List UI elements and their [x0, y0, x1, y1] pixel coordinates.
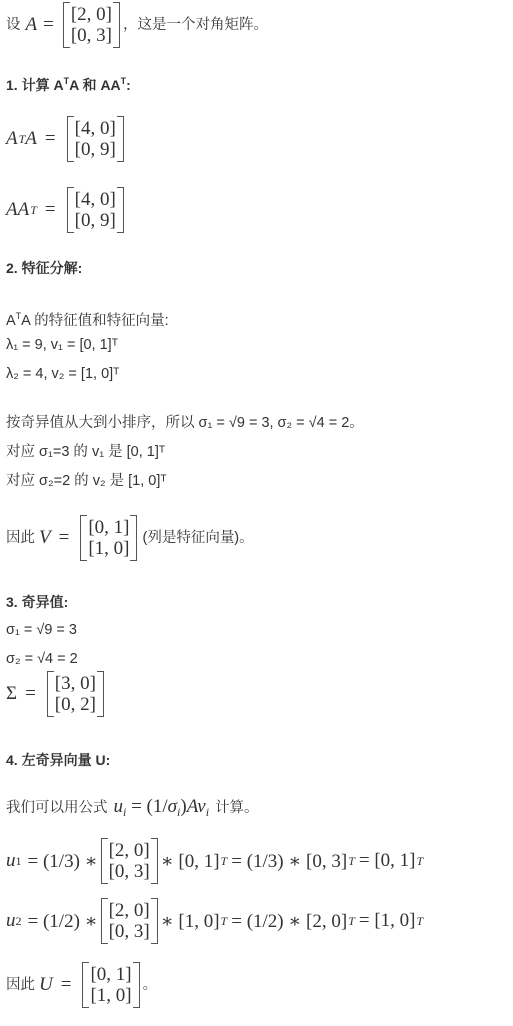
section1-heading: 1. 计算 ATA 和 AAT:: [6, 75, 131, 95]
matrix-a-label: A: [26, 14, 38, 36]
matrix-u: [0, 1] [1, 0]: [82, 962, 139, 1008]
eigen-line-1: λ₁ = 9, v₁ = [0, 1]ᵀ: [6, 336, 118, 354]
v-var: V: [39, 527, 51, 549]
intro-line: 设 A = [2, 0] [0, 3] ，这是一个对角矩阵。: [6, 2, 268, 48]
matrix-row: [0, 3]: [71, 25, 112, 46]
u2-rhs3: = [1, 0]: [359, 910, 416, 932]
intro-prefix: 设: [6, 16, 21, 34]
u2-lhs: u: [6, 910, 16, 932]
u1-lhs: u: [6, 850, 16, 872]
u2-rhs2: = (1/2) ∗ [2, 0]: [231, 910, 347, 933]
sigma-matrix-equation: Σ = [3, 0] [0, 2]: [6, 671, 107, 717]
u2-sup: T: [417, 914, 424, 929]
u2-rhs: ∗ [1, 0]: [161, 910, 220, 933]
u1-rhs: ∗ [0, 1]: [161, 850, 220, 873]
matrix-aat: [4, 0] [0, 9]: [67, 187, 124, 233]
v-result: 因此 V = [0, 1] [1, 0] (列是特征向量)。: [6, 515, 254, 561]
eigen-intro: ATA 的特征值和特征向量:: [6, 307, 169, 330]
equals-sign: =: [25, 683, 36, 705]
u1-sup: T: [417, 854, 424, 869]
ata-equation: ATA = [4, 0] [0, 9]: [6, 116, 127, 162]
matrix-ata: [4, 0] [0, 9]: [67, 116, 124, 162]
matrix-row: [2, 0]: [109, 900, 150, 921]
u-prefix: 因此: [6, 976, 35, 994]
matrix-sigma: [3, 0] [0, 2]: [47, 671, 104, 717]
intro-suffix: ，这是一个对角矩阵。: [123, 16, 268, 34]
matrix-a: [2, 0] [0, 3]: [63, 2, 120, 48]
matrix-row: [0, 3]: [109, 921, 150, 942]
section2-heading: 2. 特征分解:: [6, 258, 82, 278]
equals-sign: =: [43, 14, 54, 36]
ata-lhs2: A: [25, 128, 37, 150]
matrix-row: [1, 0]: [90, 985, 131, 1006]
v-suffix: (列是特征向量)。: [142, 529, 253, 547]
u2-coef: = (1/2) ∗: [28, 910, 98, 933]
matrix-row: [0, 9]: [75, 139, 116, 160]
u1-sub: 1: [16, 854, 22, 869]
matrix-row: [1, 0]: [88, 538, 129, 559]
aat-sup: T: [30, 203, 37, 218]
u1-equation: u1 = (1/3) ∗ [2, 0] [0, 3] ∗ [0, 1]T = (…: [6, 838, 423, 884]
u-result: 因此 U = [0, 1] [1, 0] 。: [6, 962, 157, 1008]
u2-sub: 2: [16, 914, 22, 929]
matrix-row: [4, 0]: [75, 189, 116, 210]
v-prefix: 因此: [6, 529, 35, 547]
formula: ui = (1/σi)Avi: [114, 796, 210, 820]
section4-heading: 4. 左奇异向量 U:: [6, 750, 110, 770]
equals-sign: =: [45, 199, 56, 221]
u2-equation: u2 = (1/2) ∗ [2, 0] [0, 3] ∗ [1, 0]T = (…: [6, 898, 423, 944]
u1-rhs3: = [0, 1]: [359, 850, 416, 872]
sort-line-1: 按奇异值从大到小排序，所以 σ₁ = √9 = 3, σ₂ = √4 = 2。: [6, 414, 364, 432]
matrix-row: [2, 0]: [109, 840, 150, 861]
u1-rhs2: = (1/3) ∗ [0, 3]: [231, 850, 347, 873]
section3-heading: 3. 奇异值:: [6, 592, 68, 612]
matrix-u2-a: [2, 0] [0, 3]: [101, 898, 158, 944]
matrix-row: [0, 9]: [75, 210, 116, 231]
aat-lhs: AA: [6, 199, 29, 221]
equals-sign: =: [59, 527, 70, 549]
matrix-u1-a: [2, 0] [0, 3]: [101, 838, 158, 884]
equals-sign: =: [45, 128, 56, 150]
matrix-row: [0, 1]: [90, 964, 131, 985]
equals-sign: =: [61, 974, 72, 996]
eigen-line-2: λ₂ = 4, v₂ = [1, 0]ᵀ: [6, 365, 119, 383]
matrix-row: [2, 0]: [71, 4, 112, 25]
u-suffix: 。: [143, 976, 158, 994]
sigma-line-1: σ₁ = √9 = 3: [6, 621, 77, 639]
aat-equation: AAT = [4, 0] [0, 9]: [6, 187, 127, 233]
sigma-line-2: σ₂ = √4 = 2: [6, 650, 78, 668]
formula-suffix: 计算。: [215, 799, 259, 817]
matrix-row: [0, 1]: [88, 517, 129, 538]
ata-lhs: A: [6, 128, 18, 150]
matrix-row: [0, 2]: [55, 694, 96, 715]
matrix-v: [0, 1] [1, 0]: [80, 515, 137, 561]
u-var: U: [39, 974, 53, 996]
matrix-row: [0, 3]: [109, 861, 150, 882]
u1-coef: = (1/3) ∗: [28, 850, 98, 873]
sigma-var: Σ: [6, 683, 17, 705]
sort-line-3: 对应 σ₂=2 的 v₂ 是 [1, 0]ᵀ: [6, 472, 167, 490]
formula-line: 我们可以用公式 ui = (1/σi)Avi 计算。 uᵢ = (1/σᵢ)Av…: [6, 796, 259, 820]
matrix-row: [3, 0]: [55, 673, 96, 694]
matrix-row: [4, 0]: [75, 118, 116, 139]
formula-prefix: 我们可以用公式: [6, 799, 108, 817]
sort-line-2: 对应 σ₁=3 的 v₁ 是 [0, 1]ᵀ: [6, 443, 165, 461]
